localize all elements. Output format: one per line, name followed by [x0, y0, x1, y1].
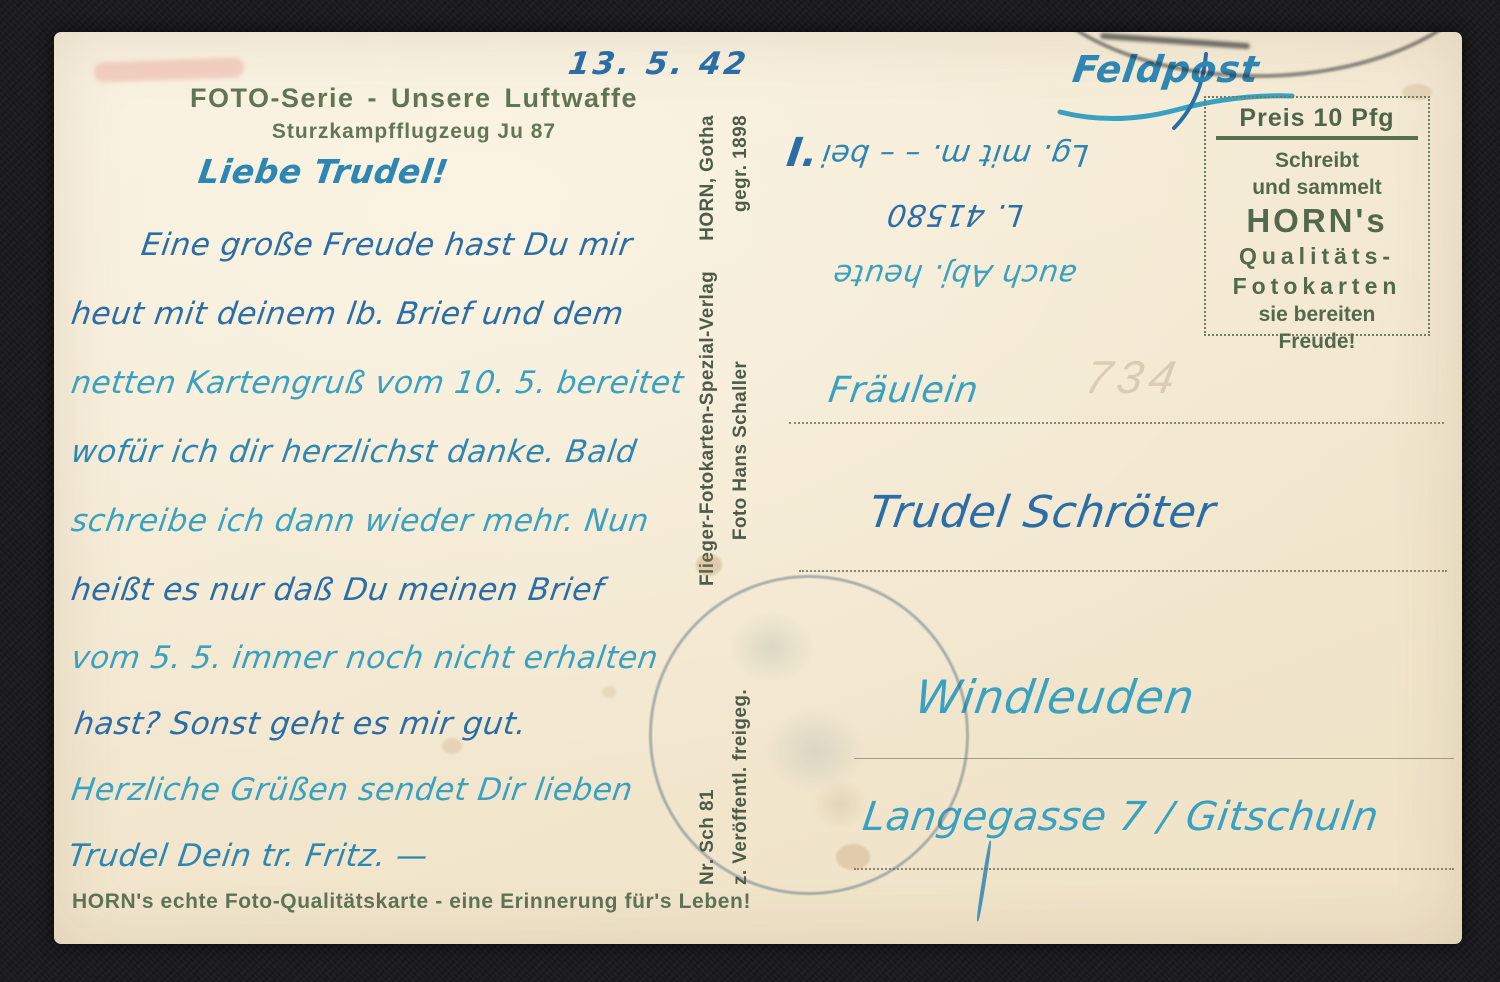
- promo-line: sie bereiten: [1214, 301, 1420, 328]
- letter-line: Eine große Freude hast Du mir: [139, 227, 635, 263]
- price-box: Preis 10 Pfg Schreibt und sammelt HORN's…: [1204, 96, 1430, 336]
- imprint-city: HORN, Gotha: [697, 115, 719, 241]
- address-name: Trudel Schröter: [866, 487, 1219, 538]
- promo-line: Fotokarten: [1214, 271, 1420, 301]
- letter-greeting: Liebe Trudel!: [196, 152, 451, 191]
- price-divider: [1216, 136, 1418, 140]
- series-title: FOTO-Serie - Unsere Luftwaffe: [174, 83, 654, 114]
- promo-line: Freude!: [1214, 328, 1420, 355]
- promo-line: Qualitäts-: [1214, 241, 1420, 271]
- letter-line: vom 5. 5. immer noch nicht erhalten: [69, 640, 661, 676]
- letter-line: schreibe ich dann wieder mehr. Nun: [69, 503, 651, 539]
- series-subtitle: Sturzkampfflugzeug Ju 87: [174, 120, 654, 144]
- imprint-photographer: Foto Hans Schaller: [730, 361, 752, 540]
- foxing-spot: [442, 738, 462, 754]
- foxing-spot: [836, 844, 870, 870]
- address-title: Fräulein: [826, 370, 981, 411]
- foxing-spot: [1402, 84, 1432, 100]
- page-marker: I.: [784, 130, 822, 176]
- promo-line: und sammelt: [1214, 174, 1420, 201]
- letter-line: hast? Sonst geht es mir gut.: [72, 706, 529, 742]
- handwritten-date: 13. 5. 42: [566, 46, 751, 82]
- letter-line: Herzliche Grüßen sendet Dir lieben: [69, 772, 635, 808]
- address-dotted-line: [799, 570, 1447, 572]
- postmark-stamp: [649, 575, 969, 895]
- red-smudge: [94, 57, 245, 82]
- promo-footer: HORN's echte Foto-Qualitätskarte - eine …: [72, 890, 751, 914]
- foxing-spot: [696, 554, 722, 576]
- feldpost-number: L. 41580: [744, 184, 1166, 244]
- sender-note-line: auch Abj. heute: [744, 244, 1166, 304]
- letter-line: Trudel Dein tr. Fritz. —: [66, 838, 430, 874]
- price-label: Preis 10 Pfg: [1214, 104, 1420, 133]
- letter-line: heut mit deinem lb. Brief und dem: [69, 296, 626, 332]
- letter-line: netten Kartengruß vom 10. 5. bereitet: [69, 365, 686, 401]
- imprint-publisher: Flieger-Fotokarten-Spezial-Verlag: [697, 271, 719, 586]
- promo-line: HORN's: [1214, 201, 1420, 241]
- address-dotted-line: [854, 868, 1454, 870]
- promo-line: Schreibt: [1214, 147, 1420, 174]
- pencil-number: 734: [1081, 350, 1185, 404]
- address-dotted-line: [789, 422, 1444, 424]
- ink-stroke: [976, 840, 993, 922]
- letter-line: wofür ich dir herzlichst danke. Bald: [69, 434, 639, 470]
- postcard: FOTO-Serie - Unsere Luftwaffe Sturzkampf…: [54, 32, 1462, 944]
- foxing-spot: [602, 686, 616, 698]
- letter-line: heißt es nur daß Du meinen Brief: [69, 572, 606, 608]
